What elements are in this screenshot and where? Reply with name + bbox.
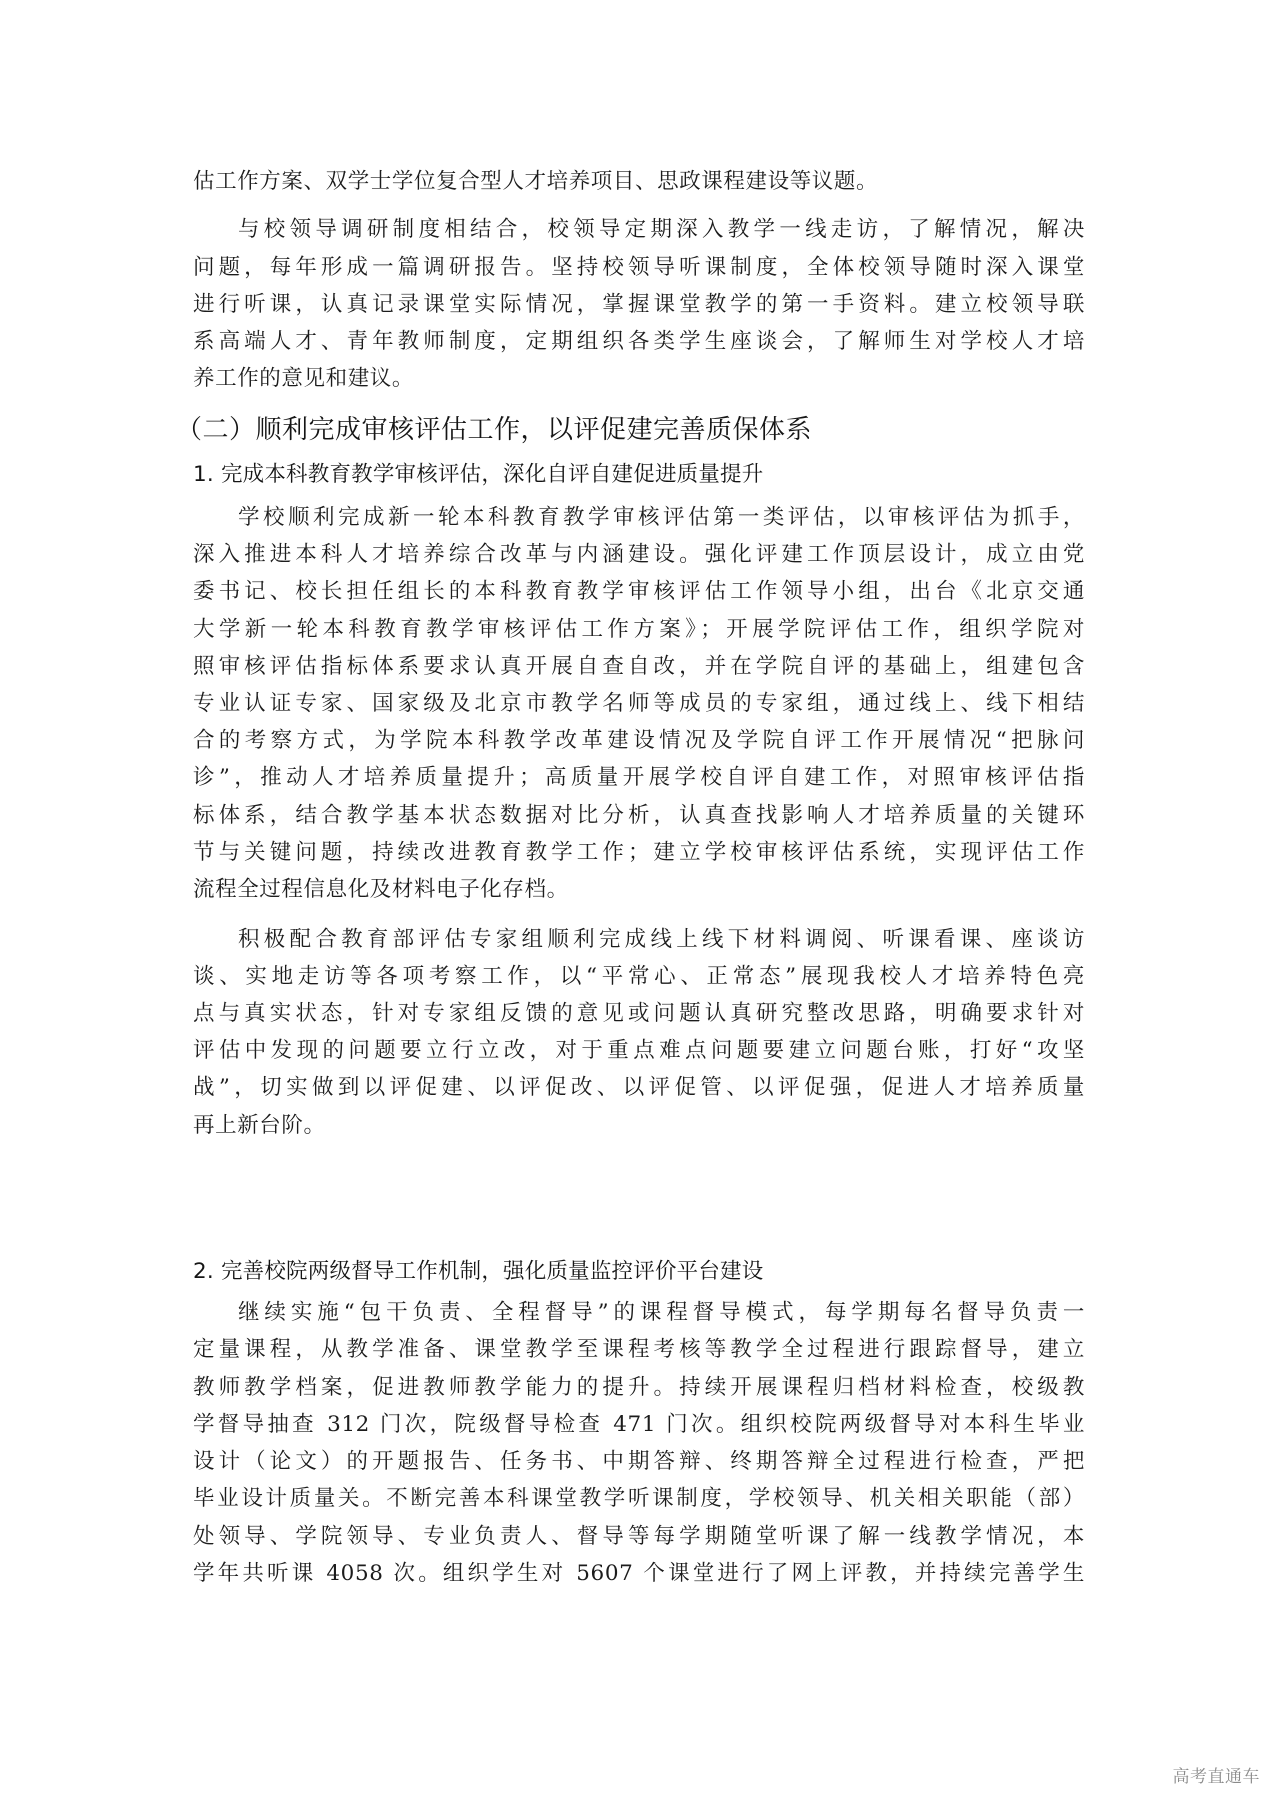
body-text-line: 与校领导调研制度相结合，校领导定期深入教学一线走访，了解情况，解决 [238,215,1085,245]
body-text-line: 继续实施“包干负责、全程督导”的课程督导模式，每学期每名督导负责一 [238,1298,1085,1328]
body-text-line: 估工作方案、双学士学位复合型人才培养项目、思政课程建设等议题。 [193,167,1085,197]
body-text-line: 毕业设计质量关。不断完善本科课堂教学听课制度，学校领导、机关相关职能（部） [193,1484,1085,1514]
subsection-heading: 2. 完善校院两级督导工作机制，强化质量监控评价平台建设 [193,1257,763,1287]
body-text-line: 战”，切实做到以评促建、以评促改、以评促管、以评促强，促进人才培养质量 [193,1073,1085,1103]
subsection-heading: 1. 完成本科教育教学审核评估，深化自评自建促进质量提升 [193,460,763,490]
body-text-line: 学督导抽查 312 门次，院级督导检查 471 门次。组织校院两级督导对本科生毕… [193,1410,1085,1440]
body-text-line: 再上新台阶。 [193,1111,1085,1141]
body-text-line: 流程全过程信息化及材料电子化存档。 [193,875,1085,905]
body-text-line: 系高端人才、青年教师制度，定期组织各类学生座谈会，了解师生对学校人才培 [193,327,1085,357]
body-text-line: 评估中发现的问题要立行立改，对于重点难点问题要建立问题台账，打好“攻坚 [193,1036,1085,1066]
body-text-line: 学校顺利完成新一轮本科教育教学审核评估第一类评估，以审核评估为抓手， [238,503,1085,533]
body-text-line: 深入推进本科人才培养综合改革与内涵建设。强化评建工作顶层设计，成立由党 [193,540,1085,570]
body-text-line: 专业认证专家、国家级及北京市教学名师等成员的专家组，通过线上、线下相结 [193,689,1085,719]
body-text-line: 养工作的意见和建议。 [193,364,1085,394]
body-text-line: 委书记、校长担任组长的本科教育教学审核评估工作领导小组，出台《北京交通 [193,577,1085,607]
body-text-line: 教师教学档案，促进教师教学能力的提升。持续开展课程归档材料检查，校级教 [193,1373,1085,1403]
body-text-line: 点与真实状态，针对专家组反馈的意见或问题认真研究整改思路，明确要求针对 [193,999,1085,1029]
document-page: 估工作方案、双学士学位复合型人才培养项目、思政课程建设等议题。 与校领导调研制度… [0,0,1280,1810]
body-text-line: 标体系，结合教学基本状态数据对比分析，认真查找影响人才培养质量的关键环 [193,801,1085,831]
body-text-line: 合的考察方式，为学院本科教学改革建设情况及学院自评工作开展情况“把脉问 [193,726,1085,756]
body-text-line: 谈、实地走访等各项考察工作，以“平常心、正常态”展现我校人才培养特色亮 [193,962,1085,992]
body-text-line: 节与关键问题，持续改进教育教学工作；建立学校审核评估系统，实现评估工作 [193,838,1085,868]
body-text-line: 定量课程，从教学准备、课堂教学至课程考核等教学全过程进行跟踪督导，建立 [193,1335,1085,1365]
body-text-line: 问题，每年形成一篇调研报告。坚持校领导听课制度，全体校领导随时深入课堂 [193,253,1085,283]
section-heading: （二）顺利完成审核评估工作，以评促建完善质保体系 [176,413,812,447]
body-text-line: 诊”，推动人才培养质量提升；高质量开展学校自评自建工作，对照审核评估指 [193,763,1085,793]
watermark: 高考直通车 [1173,1762,1261,1787]
body-text-line: 学年共听课 4058 次。组织学生对 5607 个课堂进行了网上评教，并持续完善… [193,1559,1085,1589]
body-text-line: 大学新一轮本科教育教学审核评估工作方案》；开展学院评估工作，组织学院对 [193,615,1085,645]
body-text-line: 积极配合教育部评估专家组顺利完成线上线下材料调阅、听课看课、座谈访 [238,925,1085,955]
body-text-line: 设计（论文）的开题报告、任务书、中期答辩、终期答辩全过程进行检查，严把 [193,1447,1085,1477]
body-text-line: 进行听课，认真记录课堂实际情况，掌握课堂教学的第一手资料。建立校领导联 [193,290,1085,320]
body-text-line: 处领导、学院领导、专业负责人、督导等每学期随堂听课了解一线教学情况，本 [193,1522,1085,1552]
body-text-line: 照审核评估指标体系要求认真开展自查自改，并在学院自评的基础上，组建包含 [193,652,1085,682]
